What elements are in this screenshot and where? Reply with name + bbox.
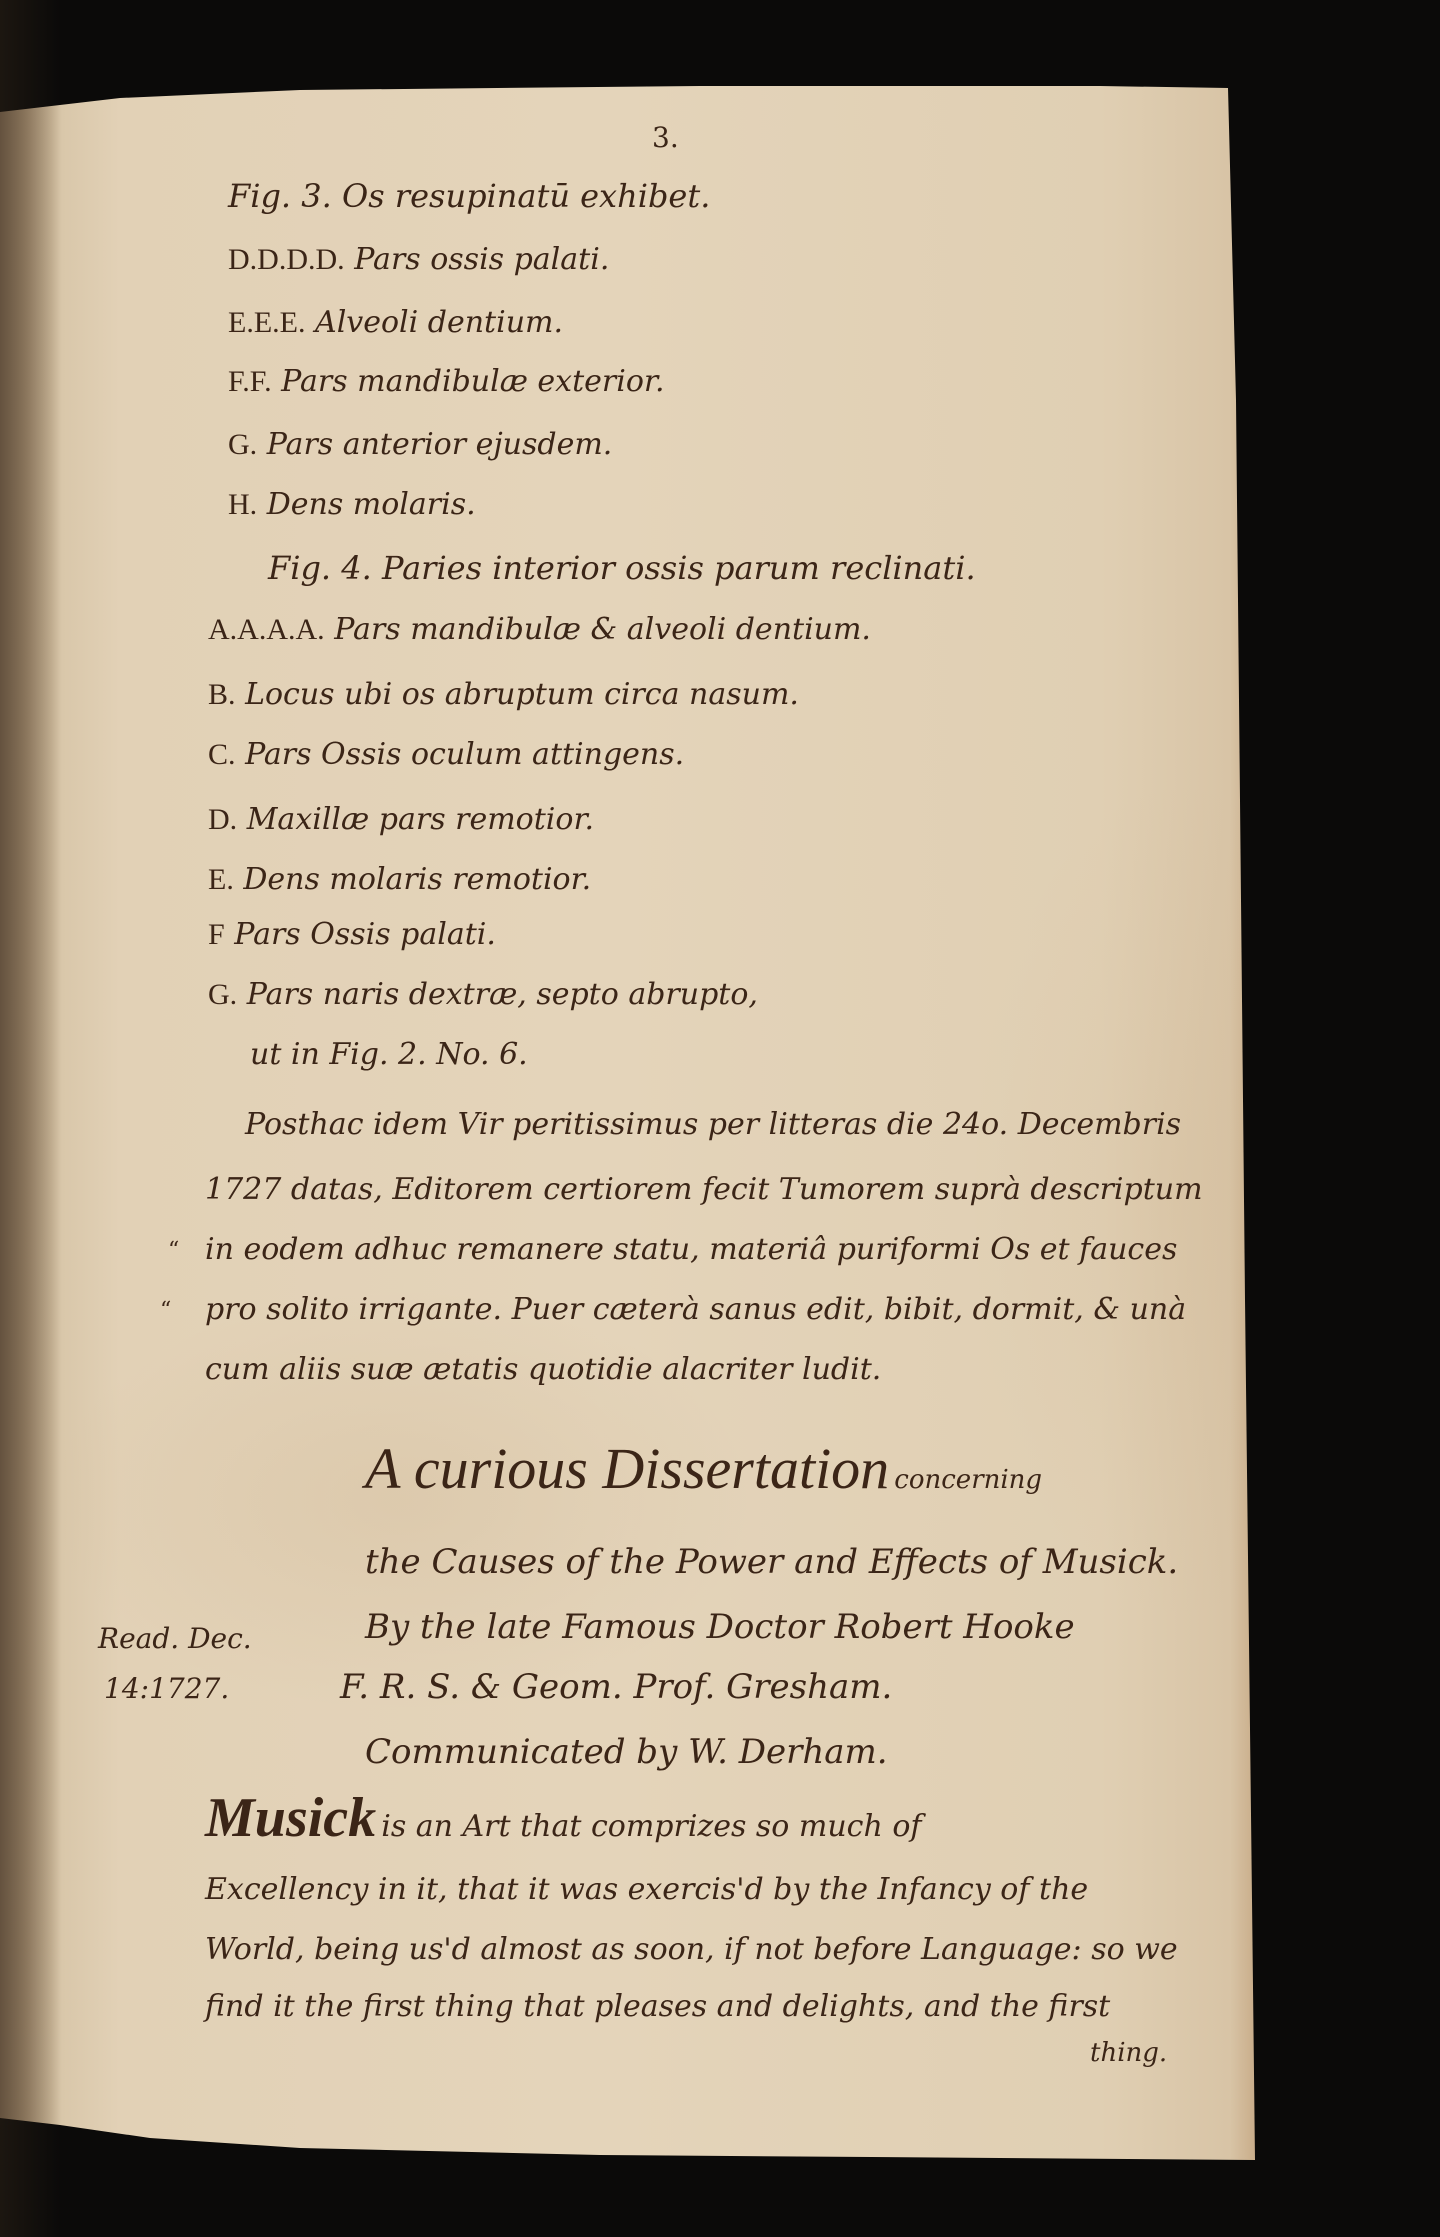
title-line: F. R. S. & Geom. Prof. Gresham.: [340, 1670, 892, 1704]
body-text: is an Art that comprizes so much of: [381, 1809, 921, 1844]
title-line: the Causes of the Power and Effects of M…: [365, 1545, 1178, 1579]
item-text: Pars ossis palati.: [354, 242, 609, 277]
fig4-item: F Pars Ossis palati.: [208, 920, 496, 950]
item-text: Dens molaris.: [267, 487, 476, 522]
postscript-line: in eodem adhuc remanere statu, materiâ p…: [205, 1235, 1177, 1265]
figure-4-heading: Fig. 4. Paries interior ossis parum recl…: [268, 552, 976, 584]
item-label: E.: [208, 863, 234, 896]
title-line: Communicated by W. Derham.: [365, 1735, 888, 1769]
item-text: Maxillæ pars remotior.: [247, 802, 594, 837]
body-first-line: Musick is an Art that comprizes so much …: [205, 1790, 922, 1846]
body-line: World, being us'd almost as soon, if not…: [205, 1935, 1178, 1965]
item-text: Pars anterior ejusdem.: [267, 427, 613, 462]
item-text: Pars naris dextræ, septo abrupto,: [247, 977, 758, 1012]
item-text: Pars mandibulæ exterior.: [281, 364, 664, 399]
fig4-continuation: ut in Fig. 2. No. 6.: [250, 1040, 528, 1070]
title-large: A curious Dissertation: [365, 1436, 889, 1501]
margin-quote-mark: “: [168, 1240, 179, 1262]
item-label: A.A.A.A.: [208, 613, 325, 646]
item-label: F: [208, 918, 225, 951]
catchword: thing.: [1090, 2040, 1167, 2066]
item-text: Pars Ossis palati.: [234, 917, 496, 952]
title-line: By the late Famous Doctor Robert Hooke: [365, 1610, 1075, 1644]
item-text: Locus ubi os abruptum circa nasum.: [245, 677, 799, 712]
fig4-item: G. Pars naris dextræ, septo abrupto,: [208, 980, 758, 1010]
fig3-item: H. Dens molaris.: [228, 490, 476, 520]
item-text: Alveoli dentium.: [315, 305, 563, 340]
item-label: E.E.E.: [228, 306, 305, 339]
title-rest: concerning: [894, 1465, 1042, 1495]
item-label: D.: [208, 803, 237, 836]
body-line: Excellency in it, that it was exercis'd …: [205, 1875, 1088, 1905]
item-label: H.: [228, 488, 257, 521]
item-text: Pars mandibulæ & alveoli dentium.: [334, 612, 871, 647]
body-line: find it the first thing that pleases and…: [205, 1992, 1110, 2022]
margin-note-date: 14:1727.: [104, 1675, 229, 1703]
item-text: Pars Ossis oculum attingens.: [245, 737, 684, 772]
page-number: 3.: [652, 124, 679, 152]
fig3-item: G. Pars anterior ejusdem.: [228, 430, 612, 460]
margin-quote-mark: “: [160, 1300, 171, 1322]
fig3-item: D.D.D.D. Pars ossis palati.: [228, 245, 609, 275]
postscript-line: pro solito irrigante. Puer cæterà sanus …: [205, 1295, 1186, 1325]
fig4-item: B. Locus ubi os abruptum circa nasum.: [208, 680, 799, 710]
postscript-line: Posthac idem Vir peritissimus per litter…: [245, 1110, 1181, 1140]
fig4-item: D. Maxillæ pars remotior.: [208, 805, 594, 835]
item-label: G.: [208, 978, 237, 1011]
fig4-item: E. Dens molaris remotior.: [208, 865, 591, 895]
figure-3-heading: Fig. 3. Os resupinatū exhibet.: [228, 180, 710, 212]
manuscript-page: 3. Fig. 3. Os resupinatū exhibet. D.D.D.…: [0, 0, 1440, 2237]
item-text: Dens molaris remotior.: [243, 862, 591, 897]
item-label: G.: [228, 428, 257, 461]
fig4-item: A.A.A.A. Pars mandibulæ & alveoli dentiu…: [208, 615, 871, 645]
fig3-item: E.E.E. Alveoli dentium.: [228, 308, 563, 338]
margin-note-read: Read. Dec.: [98, 1625, 252, 1653]
postscript-line: 1727 datas, Editorem certiorem fecit Tum…: [205, 1175, 1203, 1205]
fig3-item: F.F. Pars mandibulæ exterior.: [228, 367, 665, 397]
fig4-item: C. Pars Ossis oculum attingens.: [208, 740, 684, 770]
postscript-line: cum aliis suæ ætatis quotidie alacriter …: [205, 1355, 881, 1385]
dissertation-title: A curious Dissertation concerning: [365, 1440, 1042, 1498]
item-label: F.F.: [228, 365, 272, 398]
item-label: B.: [208, 678, 236, 711]
item-label: D.D.D.D.: [228, 243, 345, 276]
item-label: C.: [208, 738, 236, 771]
initial-word: Musick: [205, 1787, 376, 1849]
